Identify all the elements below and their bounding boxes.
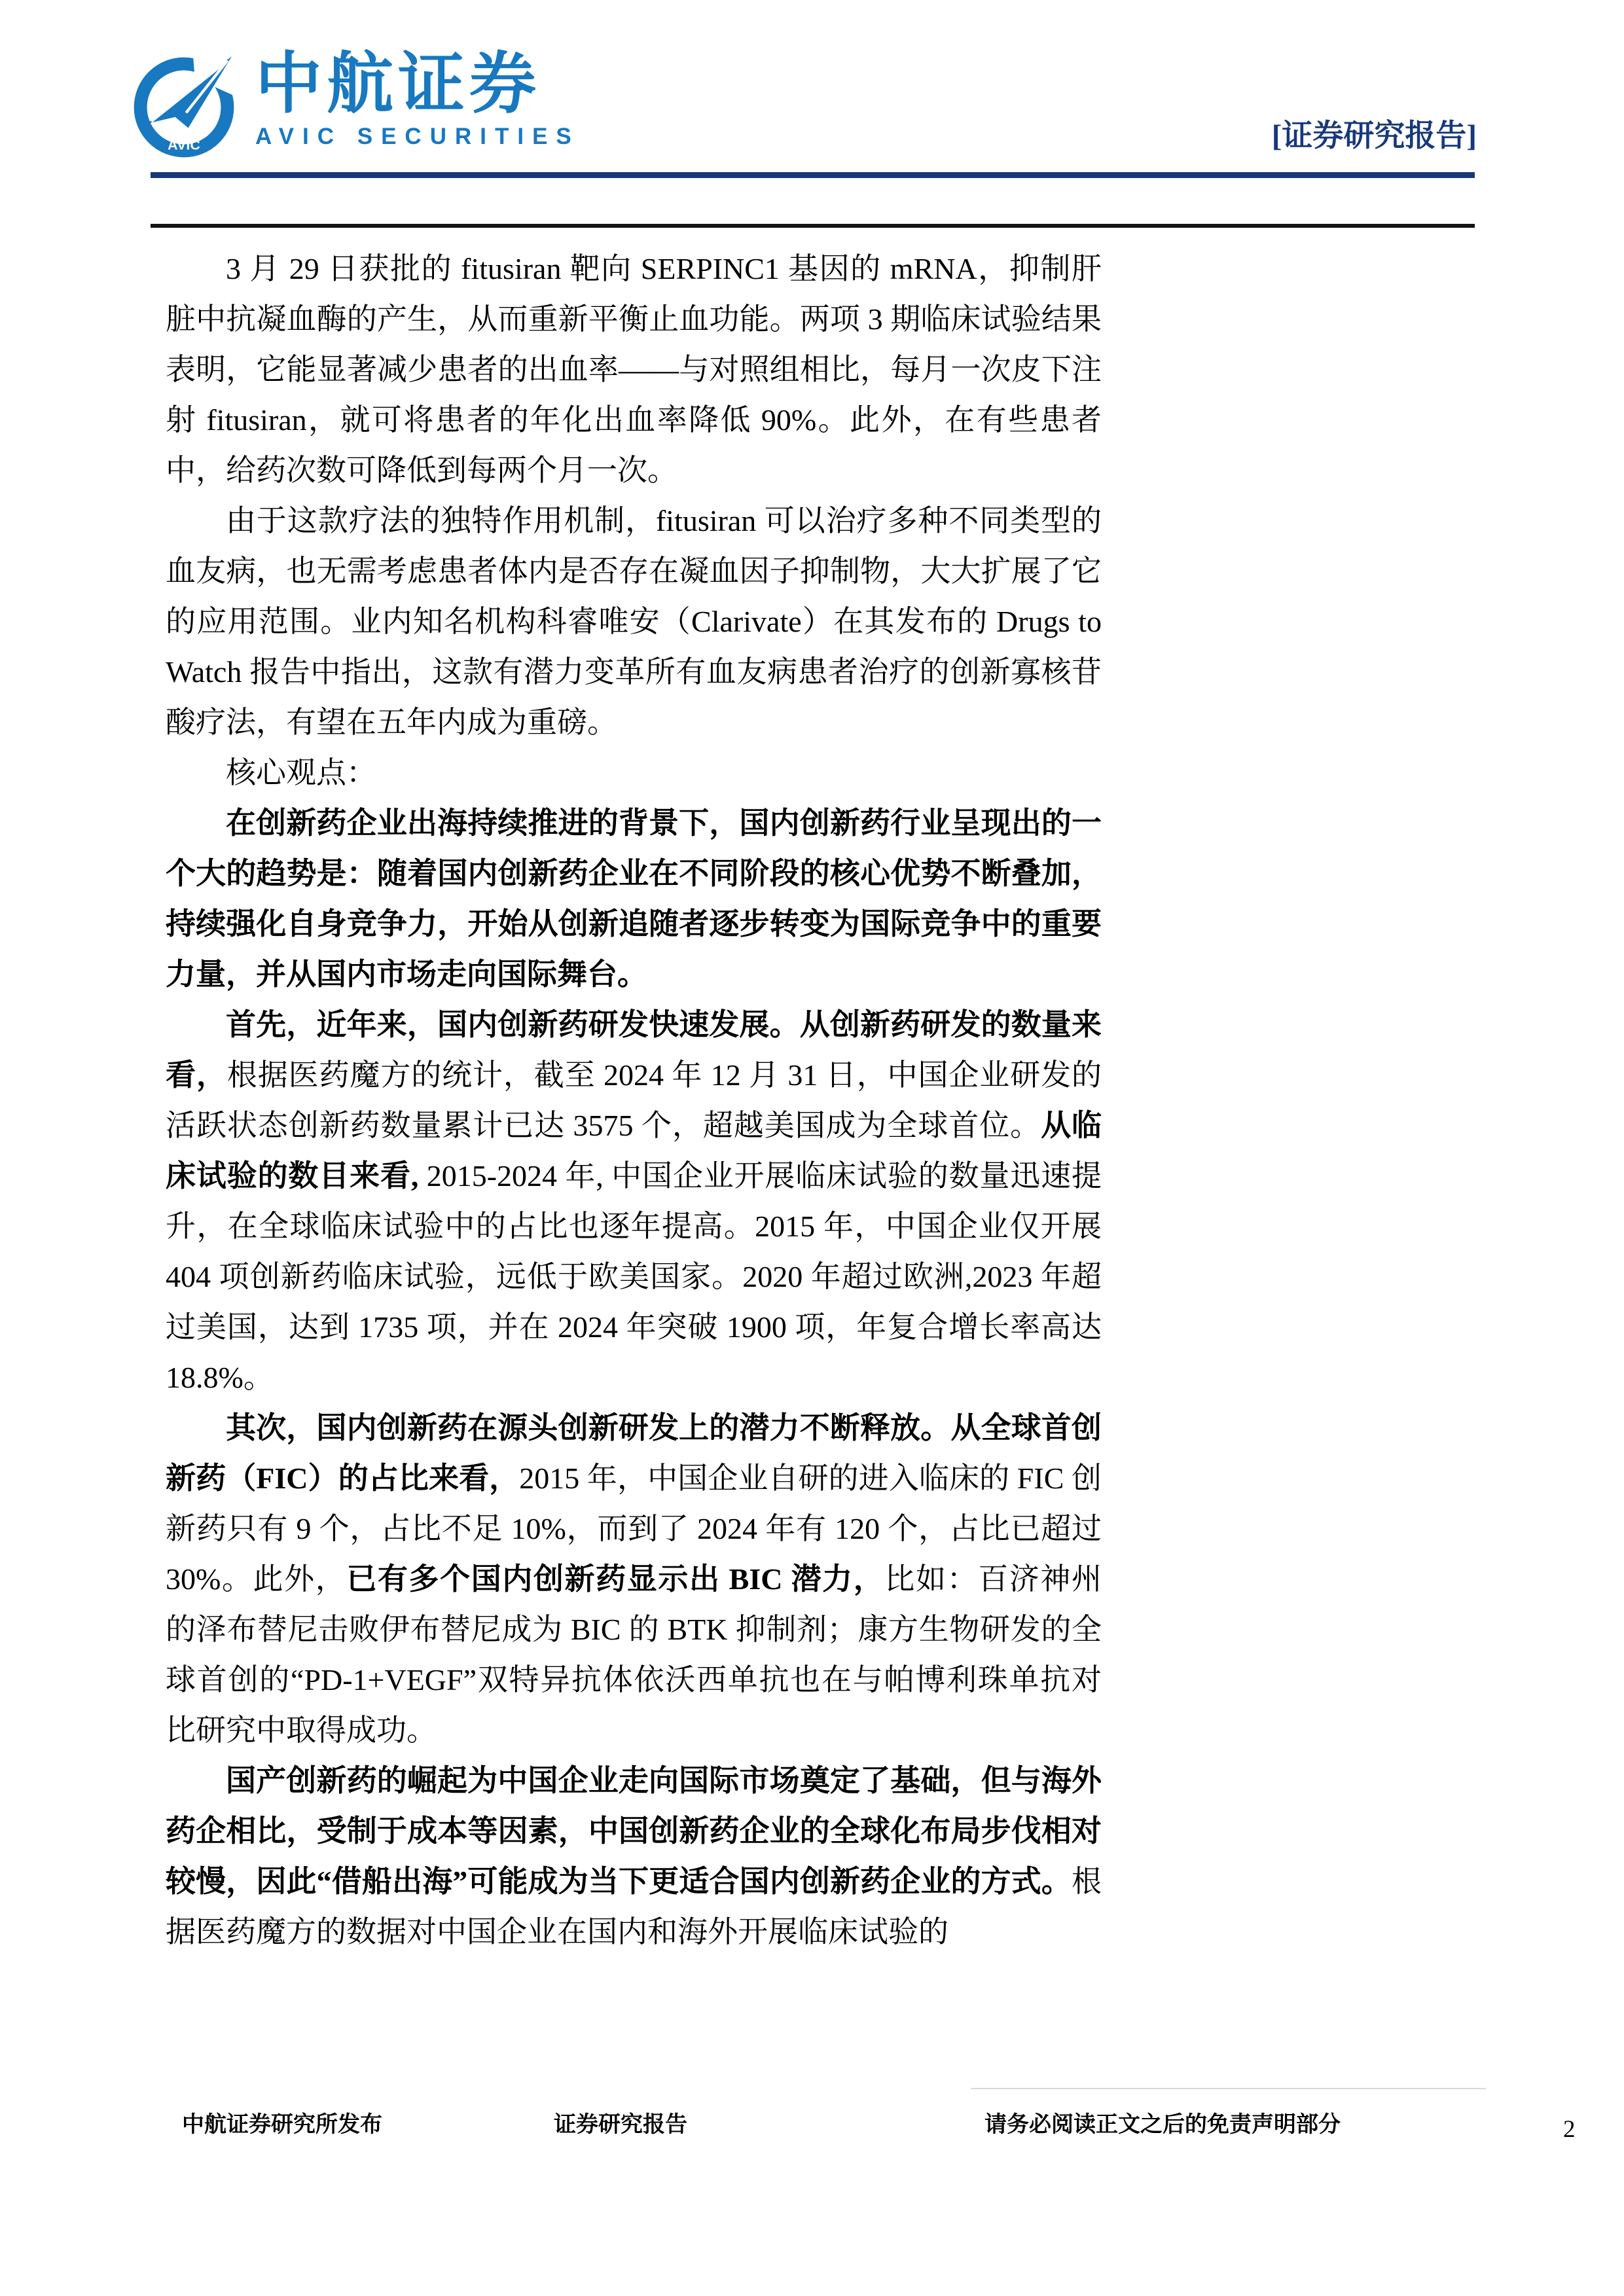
- para-global-expansion: 国产创新药的崛起为中国企业走向国际市场奠定了基础，但与海外药企相比，受制于成本等…: [166, 1755, 1102, 1957]
- page-number: 2: [1563, 2115, 1576, 2144]
- text-segment: 国产创新药的崛起为中国企业走向国际市场奠定了基础，但与海外药企相比，受制于成本等…: [166, 1764, 1102, 1898]
- footer-publisher: 中航证券研究所发布: [182, 2106, 382, 2138]
- text-segment: 由于这款疗法的独特作用机制，fitusiran 可以治疗多种不同类型的血友病，也…: [166, 504, 1102, 739]
- text-segment: 在创新药企业出海持续推进的背景下，国内创新药行业呈现出的一个大的趋势是：随着国内…: [166, 806, 1102, 991]
- header-rule-black: [151, 224, 1475, 228]
- footer-disclaimer-notice: 请务必阅读正文之后的免责声明部分: [984, 2106, 1341, 2138]
- para-fic-bic: 其次，国内创新药在源头创新研发上的潜力不断释放。从全球首创新药（FIC）的占比来…: [166, 1403, 1102, 1755]
- para-core-view-summary: 在创新药企业出海持续推进的背景下，国内创新药行业呈现出的一个大的趋势是：随着国内…: [166, 798, 1102, 999]
- text-segment: 2015-2024 年, 中国企业开展临床试验的数量迅速提升，在全球临床试验中的…: [166, 1159, 1102, 1394]
- text-segment: 根据医药魔方的统计，截至 2024 年 12 月 31 日，中国企业研发的活跃状…: [166, 1058, 1102, 1142]
- para-fitusiran-applications: 由于这款疗法的独特作用机制，fitusiran 可以治疗多种不同类型的血友病，也…: [166, 495, 1102, 747]
- para-core-view-label: 核心观点：: [166, 747, 1102, 798]
- text-segment: 核心观点：: [226, 756, 376, 789]
- header-rule-navy: [151, 172, 1475, 178]
- company-logo: AVIC 中航证券 AVIC SECURITIES: [130, 50, 580, 158]
- para-rd-growth: 首先，近年来，国内创新药研发快速发展。从创新药研发的数量来看，根据医药魔方的统计…: [166, 999, 1102, 1403]
- text-segment: 已有多个国内创新药显示出 BIC 潜力，: [346, 1562, 884, 1596]
- footer-faint-rule: [971, 2088, 1486, 2089]
- report-type-tag: [证券研究报告]: [1272, 111, 1477, 155]
- logo-text: 中航证券 AVIC SECURITIES: [255, 50, 580, 150]
- para-fitusiran-mechanism: 3 月 29 日获批的 fitusiran 靶向 SERPINC1 基因的 mR…: [166, 243, 1102, 495]
- text-segment: 3 月 29 日获批的 fitusiran 靶向 SERPINC1 基因的 mR…: [166, 252, 1102, 487]
- company-name-cn: 中航证券: [255, 50, 580, 118]
- avic-badge-label: AVIC: [168, 137, 200, 153]
- body-column: 3 月 29 日获批的 fitusiran 靶向 SERPINC1 基因的 mR…: [166, 243, 1102, 1957]
- report-page: AVIC 中航证券 AVIC SECURITIES [证券研究报告] 3 月 2…: [0, 0, 1624, 2296]
- avic-logo-icon: AVIC: [130, 50, 238, 158]
- footer-report-type: 证券研究报告: [554, 2106, 687, 2138]
- company-name-en: AVIC SECURITIES: [255, 124, 580, 150]
